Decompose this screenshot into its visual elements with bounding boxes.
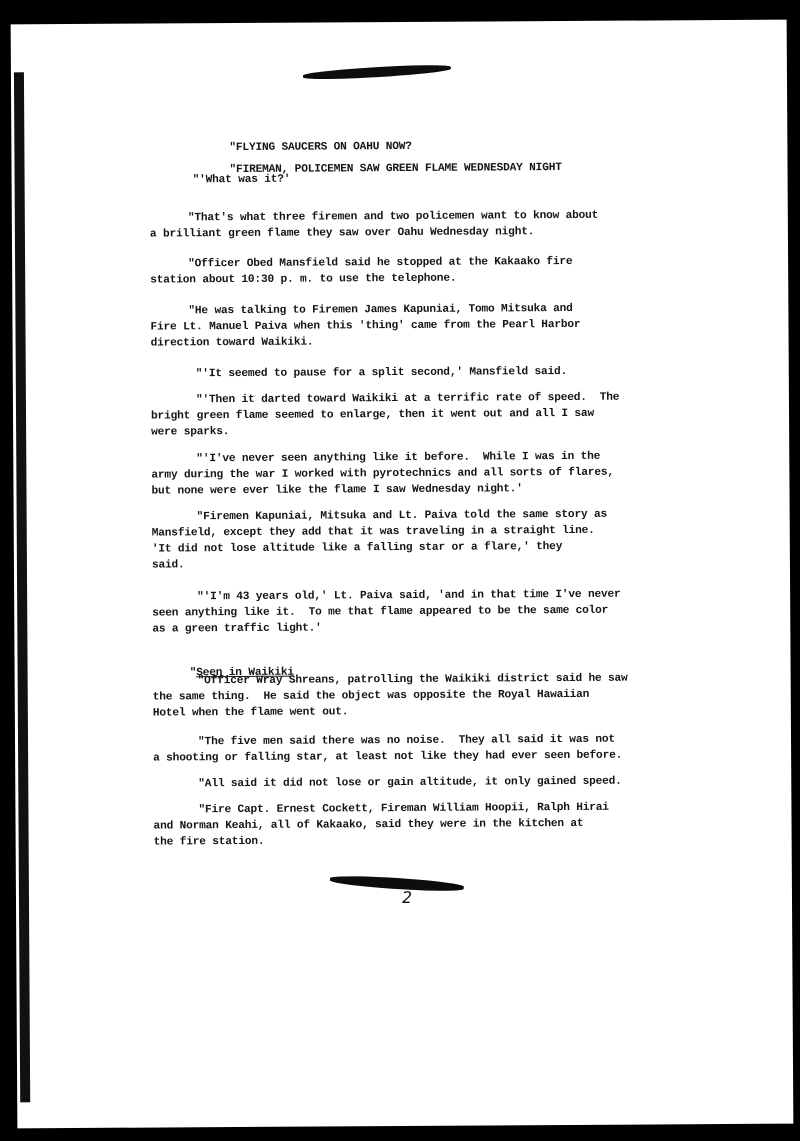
text-line: "Fire Capt. Ernest Cockett, Fireman Will… — [198, 801, 608, 818]
text-line: "'Then it darted toward Waikiki at a ter… — [196, 391, 619, 408]
page-number: 2 — [400, 888, 413, 907]
text-line: said. — [152, 558, 185, 572]
text-line: Fire Lt. Manuel Paiva when this 'thing' … — [150, 318, 580, 335]
text-line: seen anything like it. To me that flame … — [152, 604, 608, 621]
text-line: a shooting or falling star, at least not… — [153, 749, 622, 766]
text-line: and Norman Keahi, all of Kakaako, said t… — [153, 817, 583, 834]
document-body: "FLYING SAUCERS ON OAHU NOW? "FIREMAN, P… — [11, 20, 787, 25]
text-line: "Officer Wray Shreans, patrolling the Wa… — [198, 672, 628, 689]
text-line: "All said it did not lose or gain altitu… — [198, 775, 621, 792]
text-line: "'It seemed to pause for a split second,… — [196, 365, 567, 381]
redaction-mark-top — [303, 63, 451, 82]
text-line: "The five men said there was no noise. T… — [198, 733, 615, 750]
text-line: a brilliant green flame they saw over Oa… — [150, 225, 534, 241]
text-line: "He was talking to Firemen James Kapunia… — [188, 302, 572, 318]
text-line: bright green flame seemed to enlarge, th… — [151, 407, 594, 424]
text-line: as a green traffic light.' — [152, 621, 321, 636]
text-line: "'What was it?' — [193, 173, 291, 188]
text-line: "Firemen Kapuniai, Mitsuka and Lt. Paiva… — [197, 508, 607, 525]
text-line: Mansfield, except they add that it was t… — [152, 524, 595, 541]
redaction-mark-bottom — [330, 874, 464, 894]
text-line: "'I'm 43 years old,' Lt. Paiva said, 'an… — [197, 588, 620, 605]
text-line: the same thing. He said the object was o… — [153, 688, 589, 705]
text-line: "That's what three firemen and two polic… — [188, 209, 598, 226]
text-line: 'It did not lose altitude like a falling… — [152, 540, 562, 557]
text-line: army during the war I worked with pyrote… — [151, 466, 614, 483]
text-line: "Officer Obed Mansfield said he stopped … — [188, 255, 572, 271]
text-line: "'I've never seen anything like it befor… — [196, 450, 600, 466]
text-line: but none were ever like the flame I saw … — [151, 482, 522, 498]
scan-edge-shadow — [14, 72, 30, 1102]
text-line: direction toward Waikiki. — [151, 336, 314, 351]
document-page: "FLYING SAUCERS ON OAHU NOW? "FIREMAN, P… — [11, 20, 794, 1129]
text-line: Hotel when the flame went out. — [153, 705, 349, 720]
headline-1: "FLYING SAUCERS ON OAHU NOW? — [229, 140, 411, 155]
text-line: the fire station. — [154, 835, 265, 850]
text-line: were sparks. — [151, 425, 229, 439]
text-line: station about 10:30 p. m. to use the tel… — [150, 272, 456, 288]
